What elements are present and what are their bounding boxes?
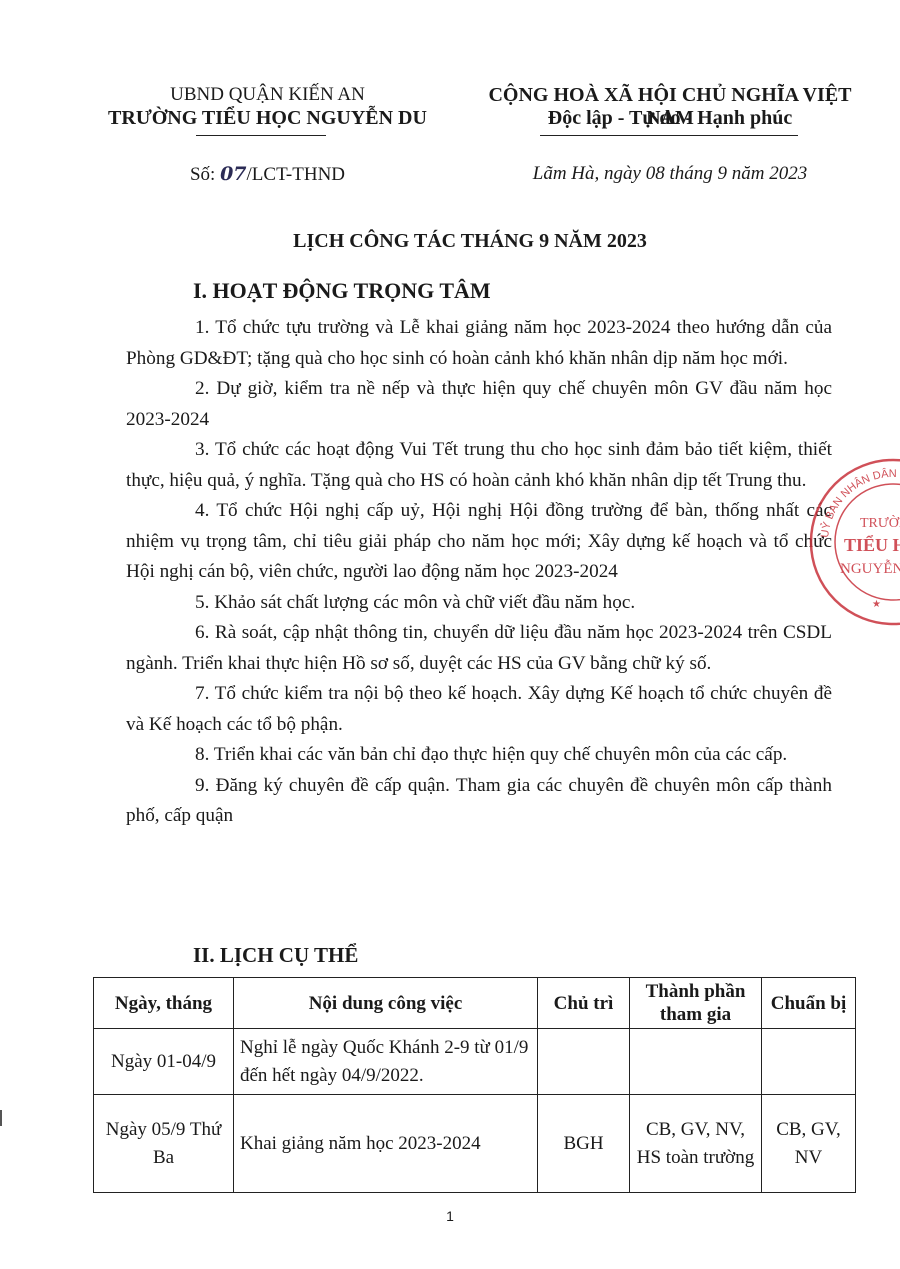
cell-host: BGH (538, 1095, 630, 1193)
school-seal-stamp: UỶ BAN NHÂN DÂN Q.KIẾN TRƯỜNG TIỂU H NGU… (808, 457, 900, 627)
table-header-row: Ngày, tháng Nội dung công việc Chủ trì T… (94, 978, 856, 1029)
activity-item: 8. Triển khai các văn bản chỉ đạo thực h… (126, 740, 832, 771)
col-header-participants: Thành phần tham gia (630, 978, 762, 1029)
section-1-heading: I. HOẠT ĐỘNG TRỌNG TÂM (193, 278, 491, 304)
activity-item: 1. Tổ chức tựu trường và Lễ khai giảng n… (126, 313, 832, 374)
activity-item: 6. Rà soát, cập nhật thông tin, chuyển d… (126, 618, 832, 679)
school-name: TRƯỜNG TIỂU HỌC NGUYỄN DU (95, 107, 440, 130)
page-number: 1 (440, 1208, 460, 1224)
cell-prepare: CB, GV, NV (762, 1095, 856, 1193)
section-2-heading: II. LỊCH CỤ THỂ (193, 943, 358, 968)
place-date: Lãm Hà, ngày 08 tháng 9 năm 2023 (470, 163, 870, 185)
table-row: Ngày 05/9 Thứ Ba Khai giảng năm học 2023… (94, 1095, 856, 1193)
col-header-date: Ngày, tháng (94, 978, 234, 1029)
scan-edge-mark (0, 1110, 2, 1126)
activity-item: 3. Tổ chức các hoạt động Vui Tết trung t… (126, 435, 832, 496)
cell-participants (630, 1029, 762, 1095)
number-prefix: Số: (190, 164, 220, 185)
cell-host (538, 1029, 630, 1095)
col-header-prepare: Chuẩn bị (762, 978, 856, 1029)
activity-item: 7. Tổ chức kiểm tra nội bộ theo kế hoạch… (126, 679, 832, 740)
cell-date: Ngày 01-04/9 (94, 1029, 234, 1095)
activity-item: 5. Khảo sát chất lượng các môn và chữ vi… (126, 588, 832, 619)
svg-text:★: ★ (872, 599, 881, 610)
svg-text:TRƯỜNG: TRƯỜNG (860, 514, 900, 531)
activity-item: 2. Dự giờ, kiểm tra nề nếp và thực hiện … (126, 374, 832, 435)
activity-item: 9. Đăng ký chuyên đề cấp quận. Tham gia … (126, 771, 832, 832)
col-header-content: Nội dung công việc (234, 978, 538, 1029)
handwritten-number: 07 (220, 163, 246, 185)
cell-prepare (762, 1029, 856, 1095)
activity-item: 4. Tổ chức Hội nghị cấp uỷ, Hội nghị Hội… (126, 496, 832, 588)
table-row: Ngày 01-04/9 Nghỉ lễ ngày Quốc Khánh 2-9… (94, 1029, 856, 1095)
issuing-authority: UBND QUẬN KIẾN AN (95, 84, 440, 106)
svg-text:NGUYỄN: NGUYỄN (840, 559, 900, 577)
left-header-divider (196, 135, 326, 136)
document-title: LỊCH CÔNG TÁC THÁNG 9 NĂM 2023 (0, 230, 900, 253)
col-header-host: Chủ trì (538, 978, 630, 1029)
right-header-divider (540, 135, 798, 136)
cell-participants: CB, GV, NV, HS toàn trường (630, 1095, 762, 1193)
schedule-table: Ngày, tháng Nội dung công việc Chủ trì T… (93, 977, 856, 1193)
number-suffix: /LCT-THND (247, 164, 346, 185)
cell-content: Nghỉ lễ ngày Quốc Khánh 2-9 từ 01/9 đến … (234, 1029, 538, 1095)
focus-activities-list: 1. Tổ chức tựu trường và Lễ khai giảng n… (126, 313, 832, 832)
svg-text:TIỂU H: TIỂU H (844, 534, 900, 555)
national-motto: Độc lập - Tự do - Hạnh phúc (470, 107, 870, 130)
cell-content: Khai giảng năm học 2023-2024 (234, 1095, 538, 1193)
document-number: Số: 07/LCT-THND (95, 163, 440, 186)
cell-date: Ngày 05/9 Thứ Ba (94, 1095, 234, 1193)
